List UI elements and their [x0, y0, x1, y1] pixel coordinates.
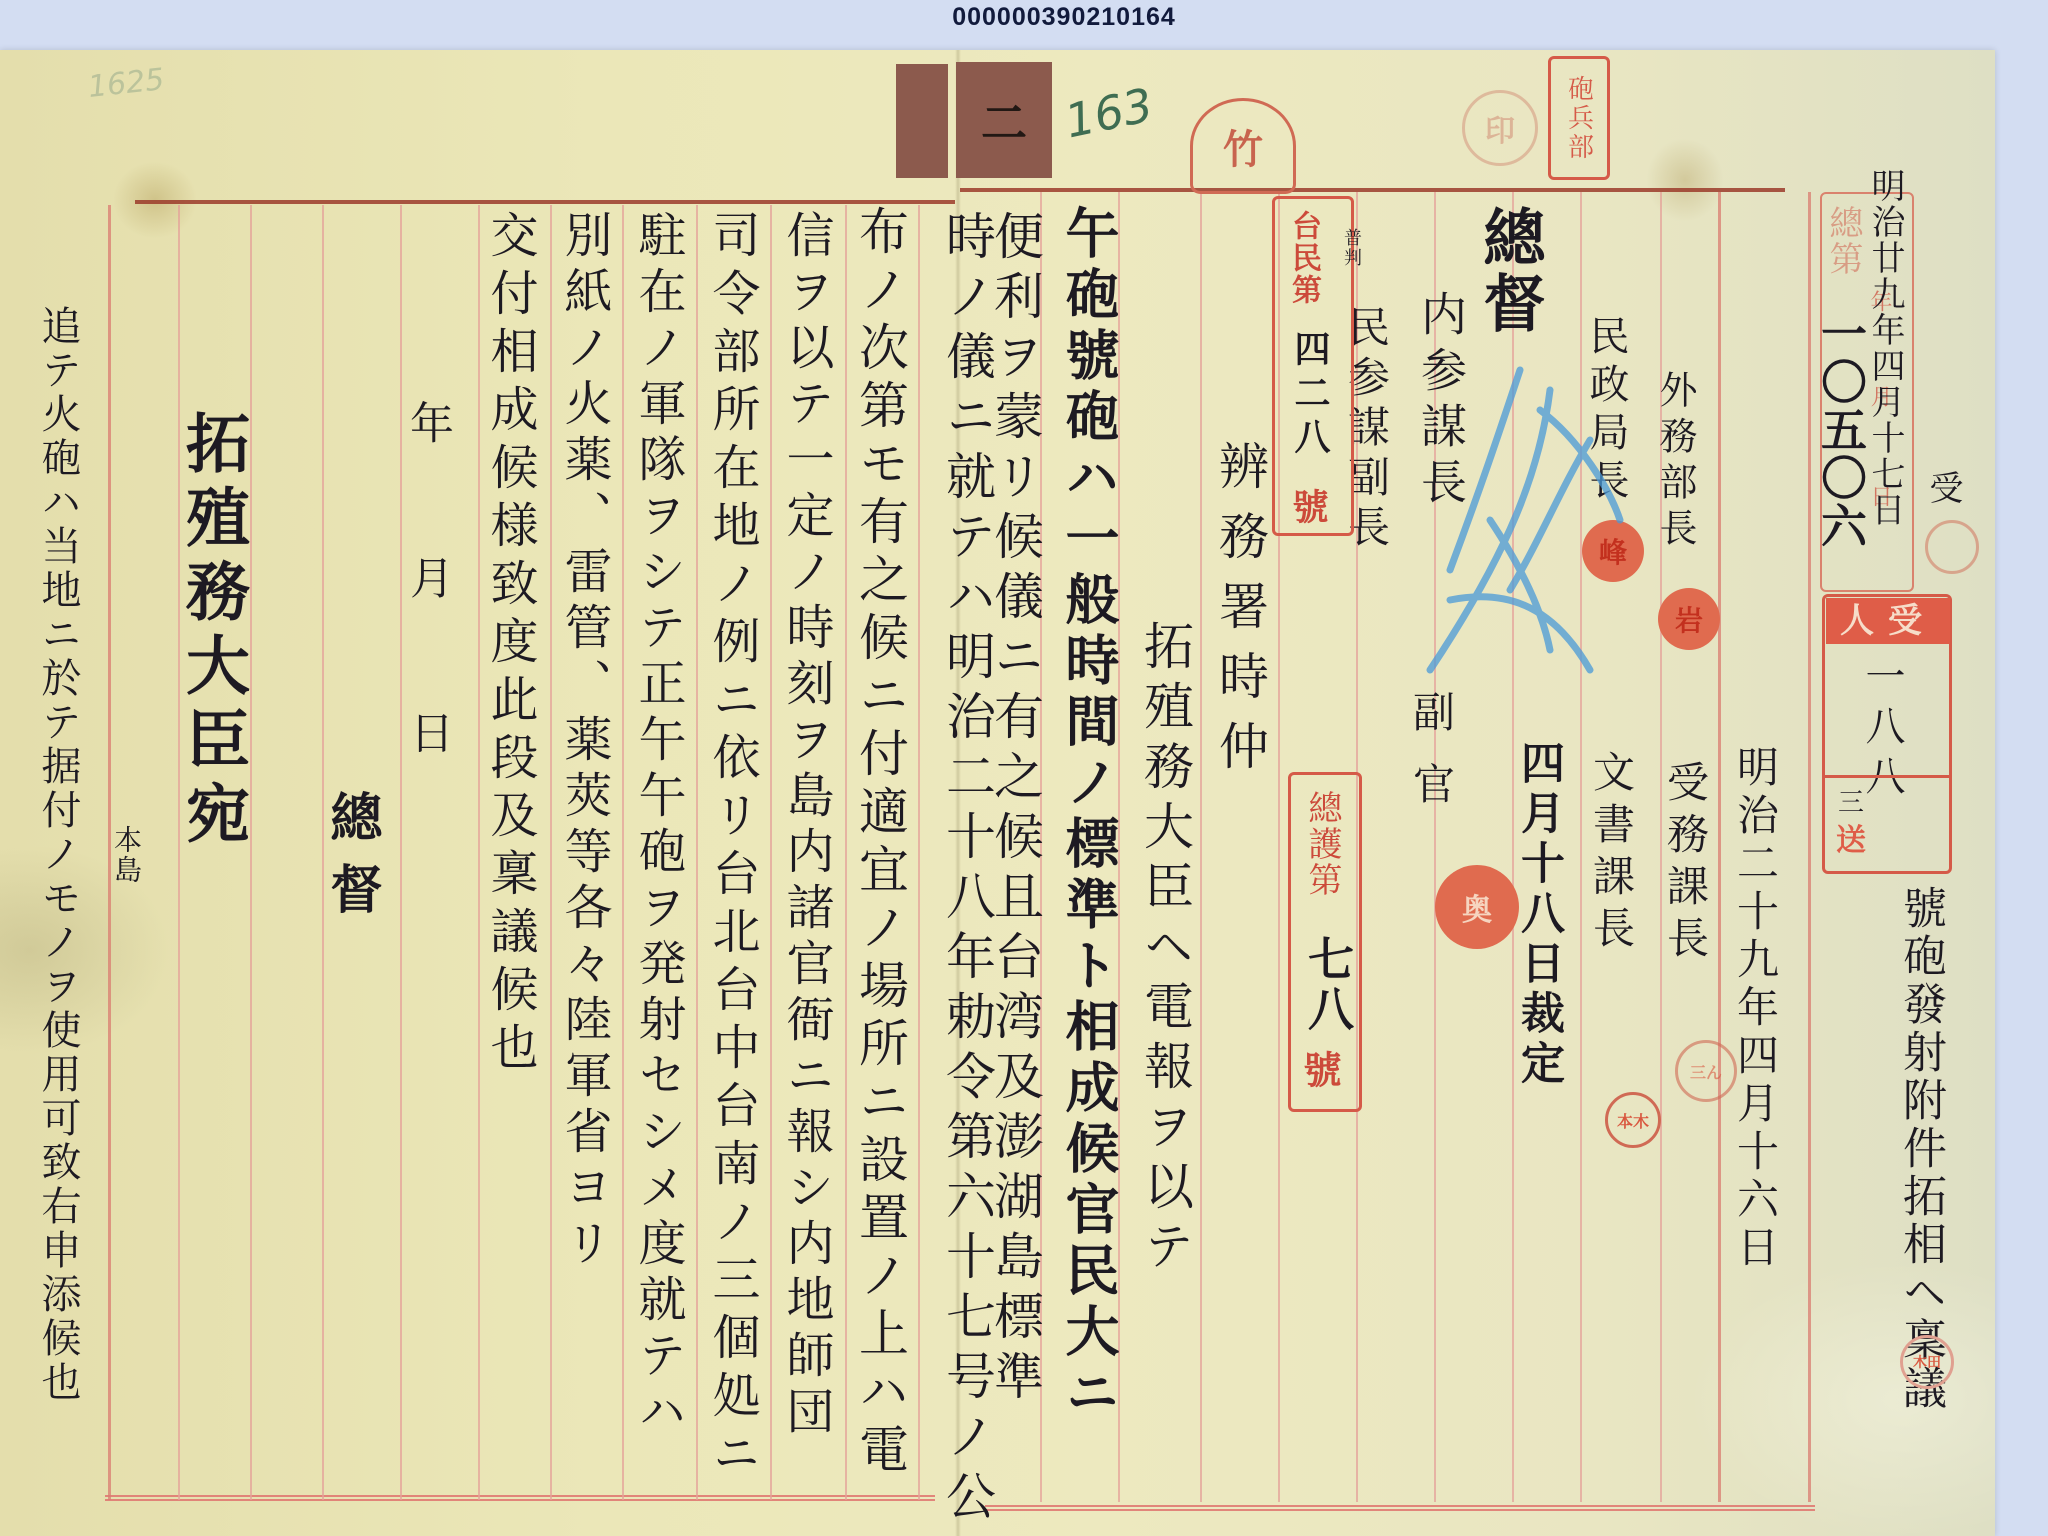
seal-approver-2-label: 本木	[1617, 1109, 1649, 1132]
seal-approver-1: 三ん	[1675, 1040, 1737, 1102]
document-id: 000000390210164	[0, 2, 2048, 32]
general-box-footer: 號	[1300, 1050, 1338, 1090]
frame-top-left	[135, 200, 955, 204]
closing-date-blank: 年 月 日	[405, 400, 449, 784]
receipt-box-sub: 三	[1838, 782, 1864, 819]
frame-bottom-right	[985, 1505, 1815, 1512]
column-rule	[250, 205, 252, 1500]
department-stamp: 砲兵部	[1548, 56, 1610, 180]
column-rule	[1200, 192, 1202, 1502]
receipt-box-divider	[1822, 775, 1952, 778]
column-rule	[1718, 192, 1721, 1502]
received-date: 明治廿九年四月十七日	[1868, 168, 1902, 528]
routing-adjutant: 副官	[1410, 690, 1452, 834]
body-column-10: 別紙ノ火薬、雷管、薬莢等各々陸軍省ヨリ	[560, 210, 608, 1274]
postscript-note: 追テ火砲ハ当地ニ於テ据付ノモノヲ使用可致右申添候也	[38, 305, 78, 1405]
received-marker: 受	[1926, 470, 1960, 506]
body-column-6: 布ノ次第モ有之候ニ付適宜ノ場所ニ設置ノ上ハ電	[855, 205, 905, 1481]
section-tab-left	[896, 64, 948, 178]
column-rule	[770, 205, 772, 1500]
faded-seal: 印	[1462, 90, 1538, 166]
body-column-4: 便利ヲ蒙リ候儀ニ有之候且台湾及澎湖島標準	[990, 210, 1040, 1410]
seal-kida: 木田	[1900, 1335, 1954, 1389]
body-column-8: 司令部所在地ノ例ニ依リ台北台中台南ノ三個処ニ	[708, 210, 756, 1486]
seal-approver-1-label: 三ん	[1690, 1060, 1722, 1083]
column-rule	[696, 205, 698, 1500]
civil-affairs-box-number: 四二八	[1292, 330, 1328, 462]
body-column-1: 辨務署時仲	[1215, 440, 1265, 790]
decision-date: 四月十八日裁定	[1516, 740, 1560, 1090]
blue-crayon-mark	[1390, 350, 1630, 710]
seal-kida-label: 木田	[1913, 1352, 1941, 1372]
column-rule	[550, 205, 552, 1500]
body-column-3: 午砲號砲ハ一般時間ノ標準ト相成候官民大ニ	[1062, 205, 1116, 1425]
oval-seal-label: 竹	[1223, 118, 1263, 175]
seal-decision-label: 奥	[1462, 885, 1492, 929]
routing-foreign-affairs-chief: 外務部長	[1656, 370, 1694, 554]
civil-affairs-box-header: 台民第	[1288, 210, 1318, 306]
civil-affairs-box-footer: 號	[1290, 488, 1326, 526]
total-registration-number: 一〇五〇六	[1818, 310, 1864, 550]
seal-decision: 奥	[1435, 865, 1519, 949]
approval-documents-chief: 文書課長	[1590, 750, 1632, 958]
addressee: 拓殖務大臣宛	[180, 410, 244, 854]
column-rule	[918, 205, 920, 1500]
seal-approver-2: 本木	[1605, 1092, 1661, 1148]
column-rule	[622, 205, 624, 1500]
body-column-5: 時ノ儀ニ就テハ明治二十八年勅令第六十七号ノ公	[942, 210, 992, 1530]
general-box-header: 總護第	[1305, 790, 1339, 898]
body-column-11: 交付相成候様致度此段及稟議候也	[486, 210, 534, 1080]
frame-bottom-left	[105, 1495, 935, 1502]
column-rule	[478, 205, 480, 1500]
general-box-number: 七八	[1305, 935, 1351, 1035]
draft-date: 明治二十九年四月十六日	[1734, 745, 1776, 1273]
registration-box-label: 總第	[1826, 205, 1860, 277]
column-rule	[1808, 192, 1811, 1502]
receipt-number: 一八八	[1862, 655, 1902, 805]
body-column-7: 信ヲ以テ一定ノ時刻ヲ島内諸官衙ニ報シ内地師団	[782, 210, 830, 1442]
seal-foreign-affairs-label: 岩	[1675, 599, 1703, 639]
right-margin-summary: 號砲發射附件拓相ヘ稟議	[1898, 885, 1942, 1413]
routing-governor-general: 總督	[1478, 205, 1540, 337]
postscript-side-note: 本島	[112, 825, 140, 885]
section-tab-label: 二	[981, 87, 1027, 153]
seal-foreign-affairs: 岩	[1658, 588, 1720, 650]
column-rule	[845, 205, 847, 1500]
faded-seal-label: 印	[1485, 106, 1515, 150]
section-tab-right: 二	[956, 62, 1052, 178]
receipt-seal	[1925, 520, 1979, 574]
closing-signature: 總督	[325, 790, 377, 934]
body-column-9: 駐在ノ軍隊ヲシテ正午午砲ヲ発射セシメ度就テハ	[634, 210, 682, 1442]
receipt-box-sub-seal: 送	[1836, 815, 1866, 859]
approval-receiving-chief: 受務課長	[1664, 760, 1706, 968]
receipt-box-header: 人受	[1826, 598, 1950, 644]
oval-seal-top: 竹	[1190, 98, 1296, 194]
civil-affairs-box-small: 普判	[1342, 228, 1360, 268]
body-column-2: 拓殖務大臣ヘ電報ヲ以テ	[1140, 620, 1190, 1280]
department-stamp-label: 砲兵部	[1561, 75, 1598, 162]
